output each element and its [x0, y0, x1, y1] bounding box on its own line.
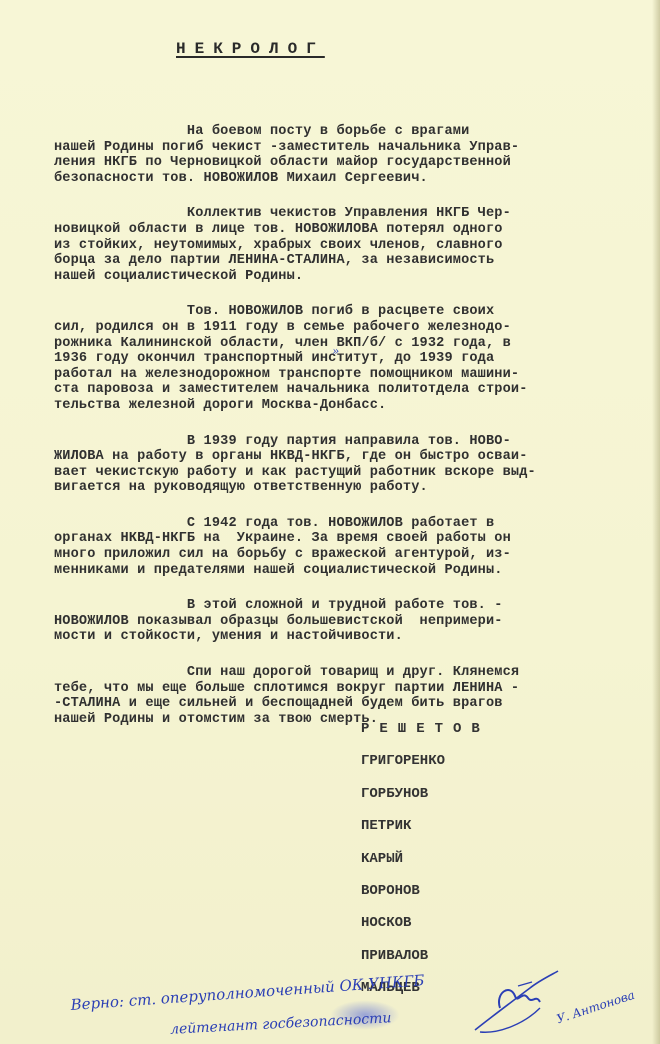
signatory-name: ВОРОНОВ [361, 882, 490, 914]
signatory-name: КАРЫЙ [361, 850, 490, 882]
text-line: На боевом посту в борьбе с врагами [54, 124, 624, 140]
text-line: нашей социалистической Родины. [54, 269, 624, 285]
text-line: много приложил сил на борьбу с вражеской… [54, 547, 624, 563]
signature-scribble-icon [470, 968, 560, 1038]
text-line: ЖИЛОВА на работу в органы НКВД-НКГБ, где… [54, 449, 624, 465]
text-line: новицкой области в лице тов. НОВОЖИЛОВА … [54, 222, 624, 238]
signatory-name: ГОРБУНОВ [361, 785, 490, 817]
text-line: В 1939 году партия направила тов. НОВО- [54, 434, 624, 450]
text-line: вает чекистскую работу и как растущий ра… [54, 465, 624, 481]
paragraph-7: Спи наш дорогой товарищ и друг. Клянемся… [54, 665, 624, 727]
text-line: борца за дело партии ЛЕНИНА-СТАЛИНА, за … [54, 253, 624, 269]
text-line: Коллектив чекистов Управления НКГБ Чер- [54, 206, 624, 222]
document-body: На боевом посту в борьбе с врагами нашей… [54, 124, 624, 747]
text-line: нашей Родины и отомстим за твою смерть. [54, 712, 624, 728]
paragraph-6: В этой сложной и трудной работе тов. - Н… [54, 598, 624, 645]
margin-ink-mark: » [332, 344, 339, 358]
paragraph-3: Тов. НОВОЖИЛОВ погиб в расцвете своих си… [54, 304, 624, 413]
text-line: из стойких, неутомимых, храбрых своих чл… [54, 238, 624, 254]
text-line: Спи наш дорогой товарищ и друг. Клянемся [54, 665, 624, 681]
text-line: нашей Родины погиб чекист -заместитель н… [54, 140, 624, 156]
text-line: тельства железной дороги Москва-Донбасс. [54, 398, 624, 414]
handwritten-certification-line-2: лейтенант госбезопасности [170, 1010, 392, 1038]
text-line: сил, родился он в 1911 году в семье рабо… [54, 320, 624, 336]
document-title: НЕКРОЛОГ [176, 40, 325, 58]
text-line: тебе, что мы еще больше сплотимся вокруг… [54, 681, 624, 697]
paragraph-2: Коллектив чекистов Управления НКГБ Чер- … [54, 206, 624, 284]
text-line: безопасности тов. НОВОЖИЛОВ Михаил Серге… [54, 171, 624, 187]
text-line: С 1942 года тов. НОВОЖИЛОВ работает в [54, 516, 624, 532]
text-line: Тов. НОВОЖИЛОВ погиб в расцвете своих [54, 304, 624, 320]
text-line: мости и стойкости, умения и настойчивост… [54, 629, 624, 645]
text-line: В этой сложной и трудной работе тов. - [54, 598, 624, 614]
text-line: менниками и предателями нашей социалисти… [54, 563, 624, 579]
text-line: -СТАЛИНА и еще сильней и беспощадней буд… [54, 696, 624, 712]
text-line: органах НКВД-НКГБ на Украине. За время с… [54, 531, 624, 547]
text-line: работал на железнодорожном транспорте по… [54, 367, 624, 383]
signatory-name: ГРИГОРЕНКО [361, 752, 490, 784]
text-line: ления НКГБ по Черновицкой области майор … [54, 155, 624, 171]
paragraph-4: В 1939 году партия направила тов. НОВО- … [54, 434, 624, 496]
signatory-name: РЕШЕТОВ [361, 720, 490, 752]
text-line: ста паровоза и заместителем начальника п… [54, 382, 624, 398]
text-line: НОВОЖИЛОВ показывал образцы большевистск… [54, 614, 624, 630]
document-page: НЕКРОЛОГ На боевом посту в борьбе с враг… [0, 0, 660, 1044]
handwritten-name: У. Антонова [555, 988, 637, 1026]
signatory-name: НОСКОВ [361, 914, 490, 946]
signatory-name: ПЕТРИК [361, 817, 490, 849]
paragraph-1: На боевом посту в борьбе с врагами нашей… [54, 124, 624, 186]
text-line: вигается на руководящую ответственную ра… [54, 480, 624, 496]
paragraph-5: С 1942 года тов. НОВОЖИЛОВ работает в ор… [54, 516, 624, 578]
